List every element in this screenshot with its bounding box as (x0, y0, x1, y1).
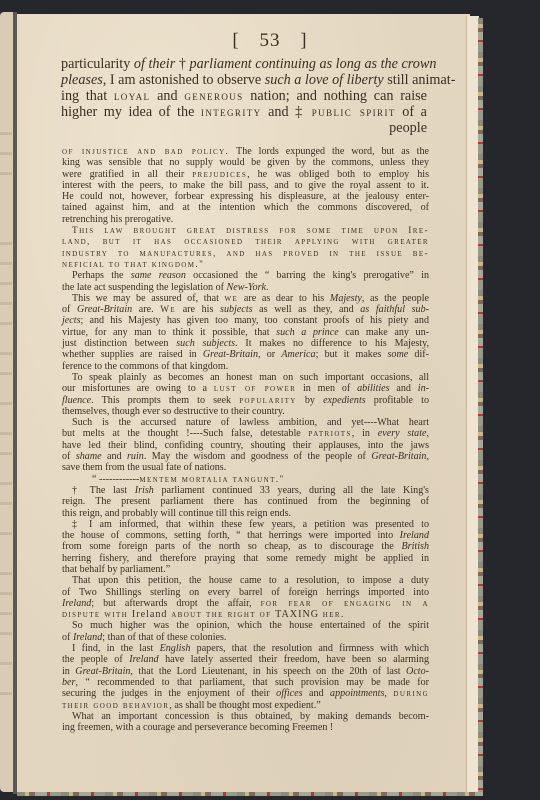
small-caps-text: This law brought great distress for some… (72, 226, 429, 236)
small-caps-text: during (393, 689, 429, 699)
italic-text: Irish (135, 485, 154, 496)
text-line: securing the judges in the enjoyment of … (62, 688, 429, 699)
small-caps-text: lust of power (214, 384, 296, 394)
text-line: industry to manufactures, and has proved… (62, 248, 429, 259)
facing-page-edge (0, 12, 13, 792)
italic-text: subjects (220, 304, 253, 315)
lead-paragraph: particularity of their † parliament cont… (61, 56, 427, 136)
text-line: jects; and his Majesty has given too man… (62, 315, 429, 326)
italic-text: ber (62, 677, 75, 688)
small-caps-text: popularity (239, 396, 297, 406)
text-line: ing that loyal and generous nation; and … (61, 88, 427, 104)
text-run: Such is the accursed nature of lawless a… (72, 417, 429, 428)
italic-text: Ireland (62, 598, 91, 609)
text-line: of Two Shillings sterling on every barre… (62, 587, 429, 598)
text-line: whether supplies are raised in Great-Bri… (62, 349, 429, 360)
text-run: of a (396, 104, 427, 120)
text-run: ; but afterwards dropt the affair, (91, 598, 260, 609)
text-run: ; than of that of these colonies. (102, 632, 226, 643)
small-caps-text: public spirit (312, 104, 396, 119)
text-line: He could not, however, forbear expressin… (62, 191, 429, 202)
italic-text: fluence (62, 395, 91, 406)
text-line: the people of Ireland have lately assert… (62, 654, 429, 665)
text-line: reign. The present parliament there has … (62, 496, 429, 507)
marbled-edge-bottom (17, 792, 483, 796)
text-run: can make any un- (339, 327, 429, 338)
small-caps-text: generous (184, 88, 243, 103)
text-line: particularity of their † parliament cont… (61, 56, 427, 72)
text-run: have led their blind, confiding country,… (62, 440, 429, 451)
text-line: Such is the accursed nature of lawless a… (62, 417, 429, 428)
small-caps-text: dispute with (62, 610, 132, 620)
small-caps-text: We (160, 305, 176, 315)
text-run: This we may be assured of, that (72, 293, 225, 304)
text-line: have led their blind, confiding country,… (62, 440, 429, 451)
italic-text: same reason (131, 270, 186, 281)
text-line: of injustice and bad policy. The lords e… (62, 146, 429, 157)
italic-text: Ireland (129, 654, 158, 665)
text-run: as well as they, and (253, 304, 361, 315)
text-run: and (390, 383, 418, 394)
text-run: I find, in the last (72, 643, 160, 654)
text-line: To speak plainly as becomes an honest ma… (62, 372, 429, 383)
text-run: † (175, 56, 189, 72)
text-run: ference to the commons of that kingdom. (62, 361, 228, 372)
text-line: ing freemen, with a courage and persever… (62, 722, 429, 733)
text-line: of Ireland; than of that of these coloni… (62, 632, 429, 643)
text-run: whether supplies are raised in (62, 349, 203, 360)
italic-text: pleases (61, 72, 103, 88)
text-line: dispute with Ireland about the right of … (62, 609, 429, 620)
italic-text: Great-Britain (77, 304, 132, 315)
text-line: themselves, though ever so destructive t… (62, 406, 429, 417)
text-line: This law brought great distress for some… (62, 225, 429, 236)
text-run: profitable to (366, 395, 429, 406)
italic-text: America (281, 349, 315, 360)
text-line: ‡ I am informed, that within these few y… (62, 519, 429, 530)
text-run: To speak plainly as becomes an honest ma… (72, 372, 429, 383)
text-run: dif- (408, 349, 429, 360)
italic-text: New-York (227, 282, 266, 293)
text-line: were gratified in all their prejudices, … (62, 169, 429, 180)
text-run: ing that (61, 88, 114, 104)
text-line: from some foreign parts of the north so … (62, 541, 429, 552)
text-line: pleases, I am astonished to observe such… (61, 72, 427, 88)
text-line: I find, in the last English papers, that… (62, 643, 429, 654)
italic-text: such subjects (176, 338, 235, 349)
italic-text: British (402, 541, 429, 552)
text-run: of (62, 304, 77, 315)
text-line: † The last Irish parliament continued 33… (62, 485, 429, 496)
text-run: particularity (61, 56, 134, 72)
text-line: “ ------------mentem mortalia tangunt." (62, 474, 429, 485)
italic-text: Great-Britain (371, 451, 426, 462)
text-run: the house of commons, setting forth, “ t… (62, 530, 400, 541)
text-line: of Great-Britain are. We are his subject… (62, 304, 429, 315)
text-line: this reign, and probably will continue t… (62, 508, 429, 519)
text-run: . (266, 282, 269, 293)
text-run: are his (176, 304, 220, 315)
text-run: . May the wisdom and goodness of the peo… (144, 451, 372, 462)
text-line: of shame and ruin. May the wisdom and go… (62, 451, 429, 462)
small-caps-text: prejudices (192, 170, 247, 180)
text-line: What an important concession is thus obt… (62, 711, 429, 722)
small-caps-text: neficial to that kingdom." (62, 260, 204, 270)
text-line: our misfortunes are owing to a lust of p… (62, 383, 429, 394)
text-line: people (61, 120, 427, 136)
italic-text: shame (76, 451, 102, 462)
text-run: , or (258, 349, 281, 360)
text-run: and (303, 688, 330, 699)
italic-text: offices (276, 688, 302, 699)
text-run: and (102, 451, 127, 462)
body-text: of injustice and bad policy. The lords e… (62, 146, 429, 733)
small-caps-text: for fear of engaging in a (261, 599, 429, 609)
emphasis-caps-text: TAXING (275, 609, 319, 620)
small-caps-text: land, but it has occasioned their applyi… (62, 237, 429, 247)
text-run: reign. The present parliament there has … (62, 496, 429, 507)
text-run: , as shall be thought most expedient.” (169, 700, 320, 711)
text-run: and (150, 88, 184, 104)
text-run: That upon this petition, the house came … (72, 575, 429, 586)
text-run: of (62, 632, 73, 643)
text-line: king was sensible that no supply would b… (62, 157, 429, 168)
text-line: interest with the peers, to make the bil… (62, 180, 429, 191)
text-line: the house of commons, setting forth, “ t… (62, 530, 429, 541)
text-run: ing freemen, with a courage and persever… (62, 722, 333, 733)
text-run: , I am astonished to observe (103, 72, 265, 88)
text-line: but melts at the thought !----Such false… (62, 428, 429, 439)
text-run: save them from the usual fate of nations… (62, 462, 226, 473)
italic-text: in- (418, 383, 429, 394)
small-caps-text: patriots (309, 429, 352, 439)
italic-text: Ireland (400, 530, 429, 541)
text-line: the late act suspending the legislation … (62, 282, 429, 293)
text-run: from some foreign parts of the north so … (62, 541, 402, 552)
text-line: virtue, for any man to think it possible… (62, 327, 429, 338)
text-run: the people of (62, 654, 129, 665)
small-caps-text: their good behavior (62, 701, 169, 711)
text-line: just distinction between such subjects. … (62, 338, 429, 349)
text-run: ; but it makes (316, 349, 388, 360)
italic-text: English (160, 643, 191, 654)
text-line: save them from the usual fate of nations… (62, 462, 429, 473)
text-run: are. (132, 304, 160, 315)
emphasis-caps-text: Ireland (132, 609, 168, 620)
text-run: , (426, 451, 429, 462)
text-run: . This prompts them to seek (91, 395, 239, 406)
text-line: ber, “ recommended to that parliament, t… (62, 677, 429, 688)
text-run: higher my idea of the (61, 104, 201, 120)
italic-text: abilities (357, 383, 390, 394)
small-caps-text: integrity (201, 104, 262, 119)
text-run: . It makes no difference to his Majesty, (235, 338, 429, 349)
small-caps-text: we (225, 294, 239, 304)
text-run: that behalf by parliament.” (62, 564, 170, 575)
text-run: , “ recommended to that parliament, that… (75, 677, 429, 688)
text-line: This we may be assured of, that we are a… (62, 293, 429, 304)
italic-text: every state (378, 428, 427, 439)
text-run: in (62, 666, 75, 677)
text-run: ‡ I am informed, that within these few y… (72, 519, 429, 530)
text-run: , in (352, 428, 378, 439)
text-run: virtue, for any man to think it possible… (62, 327, 276, 338)
small-caps-text: her. (319, 610, 345, 620)
text-line: So much higher was the opinion, which th… (62, 620, 429, 631)
text-line: land, but it has occasioned their applyi… (62, 236, 429, 247)
text-run: parliament continued 33 years, during al… (154, 485, 429, 496)
italic-text: ruin (127, 451, 144, 462)
text-run: occasioned the “ barring the king's prer… (186, 270, 429, 281)
text-run: but melts at the thought !----Such false… (62, 428, 309, 439)
italic-text: Octo- (406, 666, 429, 677)
text-run: nation; and nothing can raise (244, 88, 427, 104)
text-line: tained against him, and at the intention… (62, 202, 429, 213)
italic-text: some (387, 349, 408, 360)
marbled-edge-right (478, 18, 483, 792)
italic-text: such a love of liberty (265, 72, 384, 88)
italic-text: of their (134, 56, 175, 72)
italic-text: parliament continuing as long as the cro… (189, 56, 436, 72)
text-run: have lately asserted their freedom, have… (159, 654, 429, 665)
text-run: What an important concession is thus obt… (72, 711, 429, 722)
text-line: herring fishery, and therefore praying t… (62, 553, 429, 564)
text-run: this reign, and probably will continue t… (62, 508, 291, 519)
text-run: by (297, 395, 323, 406)
text-run: king was sensible that no supply would b… (62, 157, 429, 168)
text-run: securing the judges in the enjoyment of … (62, 688, 276, 699)
text-run: herring fishery, and therefore praying t… (62, 553, 429, 564)
text-run: people (389, 120, 427, 136)
text-run: in men of (296, 383, 357, 394)
text-run: ; and his Majesty has given too many, to… (81, 315, 430, 326)
italic-text: Majesty (330, 293, 362, 304)
italic-text: appointments (330, 688, 384, 699)
text-run: Perhaps the (72, 270, 131, 281)
text-run: , that the Lord Lieutenant, in his speec… (130, 666, 406, 677)
text-line: That upon this petition, the house came … (62, 575, 429, 586)
text-line: fluence. This prompts them to seek popul… (62, 395, 429, 406)
text-line: neficial to that kingdom." (62, 259, 429, 270)
text-line: their good behavior, as shall be thought… (62, 700, 429, 711)
text-run: The lords expunged the word, but as the (229, 146, 429, 157)
italic-text: Great-Britain (75, 666, 130, 677)
text-run: of (62, 451, 76, 462)
text-run: were gratified in all their (62, 169, 192, 180)
text-run: So much higher was the opinion, which th… (72, 620, 429, 631)
italic-text: jects (62, 315, 81, 326)
text-run: the late act suspending the legislation … (62, 282, 227, 293)
text-run: , as the people (362, 293, 429, 304)
text-run: and ‡ (262, 104, 312, 120)
text-run: still animat- (384, 72, 456, 88)
text-run: tained against him, and at the intention… (62, 202, 429, 213)
text-run: interest with the peers, to make the bil… (62, 180, 429, 191)
text-run: , (426, 428, 429, 439)
small-caps-text: about the right of (167, 610, 275, 620)
text-line: in Great-Britain, that the Lord Lieutena… (62, 666, 429, 677)
text-line: Ireland; but afterwards dropt the affair… (62, 598, 429, 609)
italic-text: Ireland (73, 632, 102, 643)
small-caps-text: mentem mortalia tangunt." (139, 475, 284, 485)
text-line: higher my idea of the integrity and ‡ pu… (61, 104, 427, 120)
text-line: ference to the commons of that kingdom. (62, 361, 429, 372)
italic-text: as faithful sub- (360, 304, 429, 315)
italic-text: expedients (323, 395, 366, 406)
text-line: that behalf by parliament.” (62, 564, 429, 575)
page-number: [ 53 ] (0, 30, 540, 52)
text-run: “ ------------ (92, 474, 139, 485)
text-run: our misfortunes are owing to a (62, 383, 214, 394)
small-caps-text: of injustice and bad policy. (62, 147, 229, 157)
small-caps-text: loyal (114, 88, 151, 103)
text-run: themselves, though ever so destructive t… (62, 406, 285, 417)
text-line: Perhaps the same reason occasioned the “… (62, 270, 429, 281)
text-run: , he was obliged both to employ his (247, 169, 429, 180)
text-run: of Two Shillings sterling on every barre… (62, 587, 429, 598)
text-run: papers, that the resolution and firmness… (190, 643, 429, 654)
text-run: He could not, however, forbear expressin… (62, 191, 429, 202)
text-run: just distinction between (62, 338, 176, 349)
text-run: retrenching his prerogative. (62, 214, 173, 225)
text-run: † The last (72, 485, 135, 496)
small-caps-text: industry to manufactures, and has proved… (62, 249, 429, 259)
italic-text: such a prince (276, 327, 339, 338)
text-run: are as dear to his (238, 293, 330, 304)
italic-text: Great-Britain (203, 349, 258, 360)
text-line: retrenching his prerogative. (62, 214, 429, 225)
